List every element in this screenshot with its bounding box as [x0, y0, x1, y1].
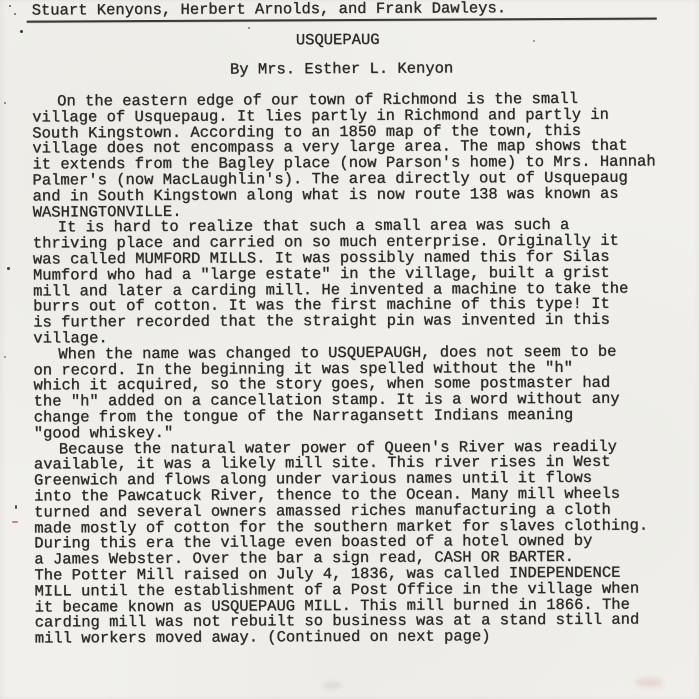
page-content: to the efforts of the Stuart Kenyons, He…	[0, 0, 699, 699]
document-body: On the eastern edge of our town of Richm…	[32, 91, 685, 647]
page-title: USQUEPAUG	[296, 33, 380, 49]
scanned-document-page: to the efforts of the Stuart Kenyons, He…	[0, 0, 699, 699]
text-line: is further recorded that the straight pi…	[33, 313, 683, 332]
attribution-line: Stuart Kenyons, Herbert Arnolds, and Fra…	[32, 1, 506, 19]
text-line: mill workers moved away. (Continued on n…	[35, 628, 685, 647]
byline: By Mrs. Esther L. Kenyon	[230, 61, 453, 78]
